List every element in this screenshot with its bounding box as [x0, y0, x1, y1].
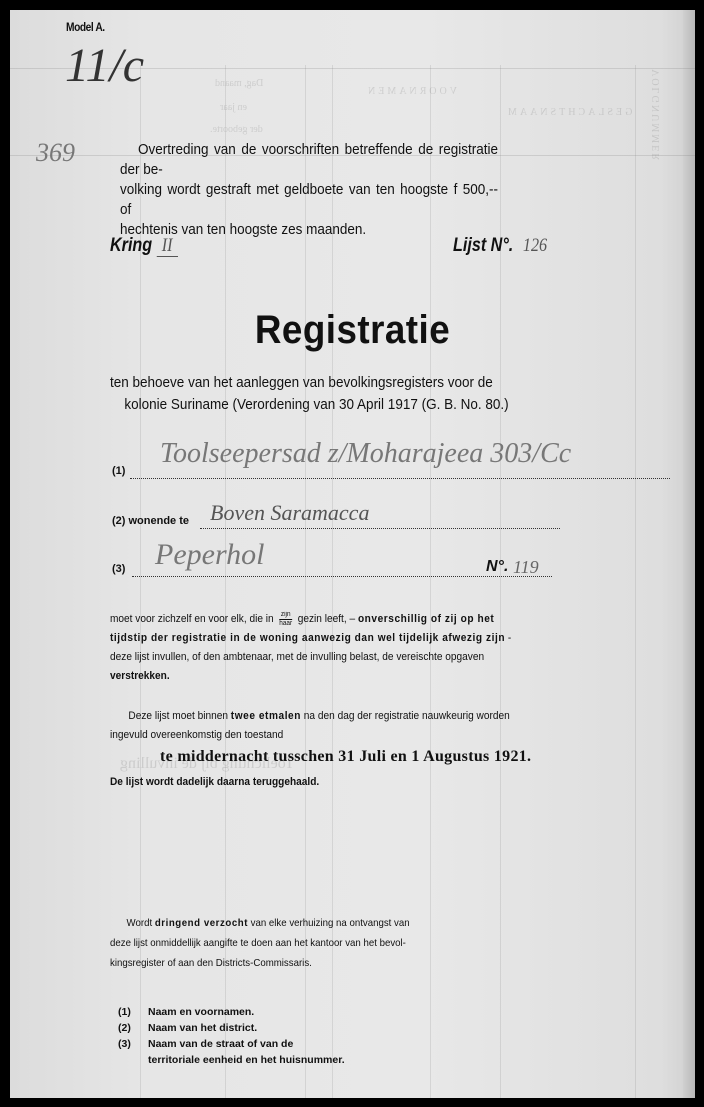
lijst-label: Lijst N°. [453, 235, 513, 256]
notice-line: Overtreding van de voorschriften betreff… [120, 140, 498, 180]
text-span: van elke verhuizing na ontvangst van [251, 917, 410, 929]
instruction-line: kingsregister of aan den Districts-Commi… [110, 953, 496, 973]
instruction-line: Deze lijst moet binnen twee etmalen na d… [110, 707, 588, 726]
field-3-line [132, 576, 552, 577]
footnote-2: (2) Naam van het district. [118, 1020, 345, 1036]
ghost-header: der geboorte. [210, 124, 263, 135]
field-1-line [130, 478, 670, 479]
footnotes: (1) Naam en voornamen. (2) Naam van het … [118, 1004, 345, 1068]
instruction-line: ingevuld overeenkomstig den toestand [110, 726, 588, 745]
instruction-line: verstrekken. [110, 667, 588, 686]
text-span: moet voor zichzelf en voor elk, die in [110, 613, 274, 625]
ghost-header: Dag, maand [215, 78, 263, 89]
house-number-label: N°. [486, 558, 508, 576]
handwritten-annotation: 11/c [65, 38, 144, 93]
lijst-field: Lijst N°. 126 [453, 235, 552, 257]
field-2-value[interactable]: Boven Saramacca [210, 500, 369, 526]
instruction-line: Wordt dringend verzocht van elke verhuiz… [110, 913, 496, 933]
text-span: Deze lijst moet binnen [128, 710, 228, 722]
footnote-text: Naam van de straat of van de [148, 1036, 293, 1052]
ghost-column-line [635, 65, 636, 1098]
handwritten-number: 369 [36, 138, 75, 168]
notice-line: volking wordt gestraft met geldboete van… [120, 180, 498, 220]
text-span: - [505, 632, 511, 644]
footnote-text: Naam van het district. [148, 1020, 257, 1036]
instruction-line: moet voor zichzelf en voor elk, die in z… [110, 610, 588, 629]
footnote-1: (1) Naam en voornamen. [118, 1004, 345, 1020]
registration-moment: te middernacht tusschen 31 Juli en 1 Aug… [160, 748, 531, 766]
bold-text: twee etmalen [231, 710, 301, 722]
field-3-value[interactable]: Peperhol [155, 538, 264, 572]
ghost-header: VOORNAMEN [365, 86, 457, 97]
instruction-line: deze lijst onmiddellijk aangifte te doen… [110, 933, 496, 953]
bold-text: tijdstip der registratie in de woning aa… [110, 632, 505, 644]
text-span: Wordt [127, 917, 153, 929]
field-1-label: (1) [112, 465, 125, 477]
field-1-value[interactable]: Toolseepersad z/Moharajeea 303/Cc [160, 438, 571, 470]
instructions-paragraph: moet voor zichzelf en voor elk, die in z… [110, 610, 588, 686]
fraction-zijn-haar: zijn haar [279, 611, 292, 628]
ghost-column-line [500, 65, 501, 1098]
field-2-line [200, 528, 560, 529]
house-number-value[interactable]: 119 [513, 557, 539, 578]
footnote-number: (1) [118, 1004, 148, 1020]
document-title: Registratie [37, 308, 667, 353]
fraction-top: zijn [279, 611, 292, 620]
footnote-number [118, 1052, 148, 1068]
lijst-value: 126 [518, 235, 552, 256]
fraction-bottom: haar [279, 620, 292, 627]
footnote-text: Naam en voornamen. [148, 1004, 254, 1020]
instruction-line: tijdstip der registratie in de woning aa… [110, 629, 588, 648]
kring-field: Kring II [110, 235, 178, 257]
document-page: Dag, maand en jaar der geboorte. VOORNAM… [10, 10, 695, 1098]
bold-text: dringend verzocht [155, 917, 248, 929]
text-span: na den dag der registratie nauwkeurig wo… [304, 710, 510, 722]
page-edge [683, 10, 695, 1098]
footnote-3: (3) Naam van de straat of van de [118, 1036, 345, 1052]
text-span: gezin leeft, – [298, 613, 355, 625]
instruction-line: deze lijst invullen, of den ambtenaar, m… [110, 648, 588, 667]
kring-value: II [157, 235, 178, 257]
ghost-header: GESLACHTSNAAM [505, 107, 632, 118]
deadline-paragraph: Deze lijst moet binnen twee etmalen na d… [110, 707, 588, 745]
collection-note: De lijst wordt dadelijk daarna teruggeha… [110, 773, 588, 792]
ghost-header: VOLGNUMMER [651, 69, 662, 162]
subtitle-line: kolonie Suriname (Verordening van 30 Apr… [110, 394, 524, 416]
footnote-number: (3) [118, 1036, 148, 1052]
footnote-3-cont: territoriale eenheid en het huisnummer. [118, 1052, 345, 1068]
footnote-number: (2) [118, 1020, 148, 1036]
relocation-paragraph: Wordt dringend verzocht van elke verhuiz… [110, 913, 496, 973]
ghost-header: en jaar [220, 102, 247, 113]
field-3-label: (3) [112, 563, 125, 575]
document-subtitle: ten behoeve van het aanleggen van bevolk… [110, 372, 524, 416]
subtitle-line: ten behoeve van het aanleggen van bevolk… [110, 372, 524, 394]
penalty-notice: Overtreding van de voorschriften betreff… [120, 140, 498, 240]
footnote-text: territoriale eenheid en het huisnummer. [148, 1052, 345, 1068]
kring-label: Kring [110, 235, 152, 256]
model-label: Model A. [66, 20, 105, 34]
field-2-label: (2) wonende te [112, 515, 189, 527]
bold-text: onverschillig of zij op het [358, 613, 494, 625]
